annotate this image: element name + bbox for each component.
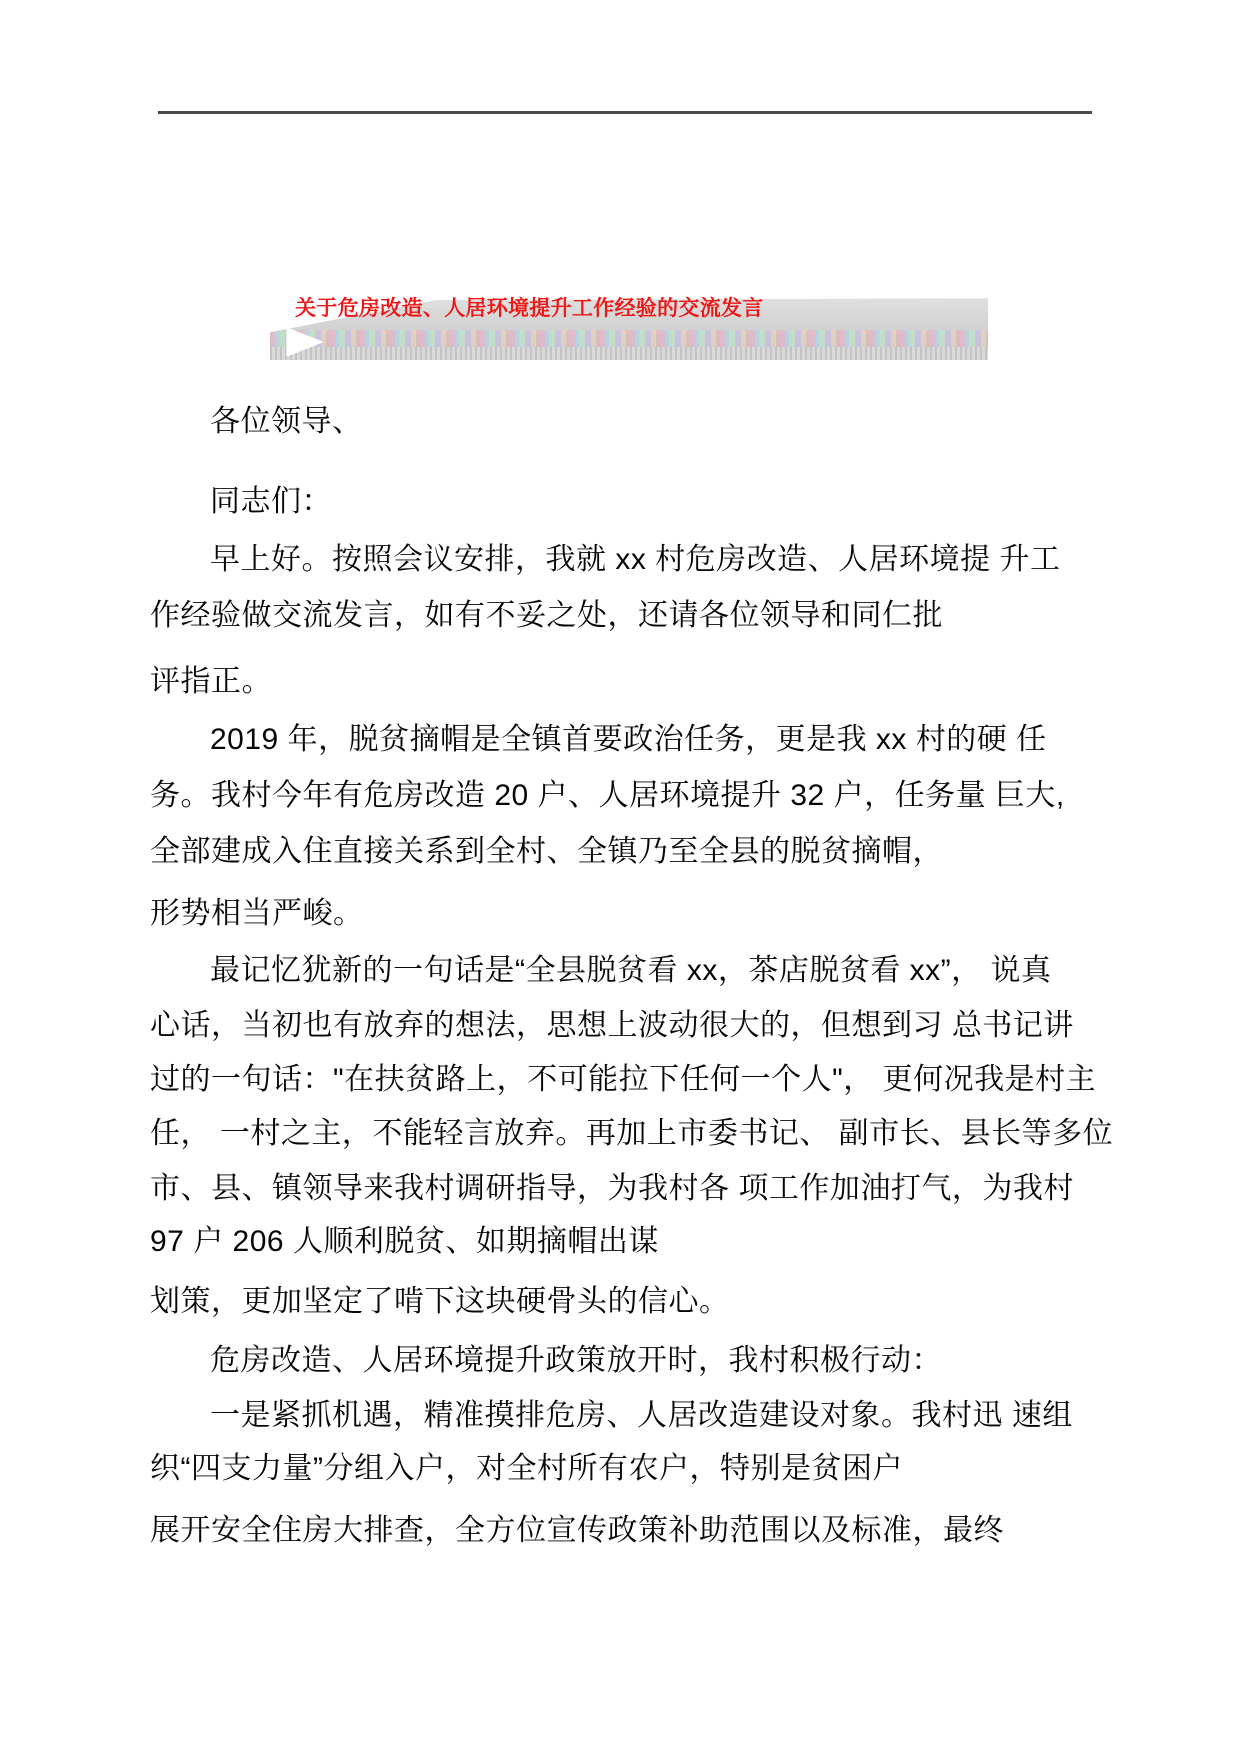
body-line: 2019 年，脱贫摘帽是全镇首要政治任务，更是我 xx 村的硬 任 [150, 722, 1047, 758]
body-line: 务。我村今年有危房改造 20 户、人居环境提升 32 户，任务量 巨大, [150, 778, 1065, 814]
body-line: 心话，当初也有放弃的想法，思想上波动很大的，但想到习 总书记讲 [150, 1008, 1074, 1044]
body-line: 织“四支力量”分组入户，对全村所有农户，特别是贫困户 [150, 1451, 903, 1487]
body-line: 过的一句话："在扶贫路上，不可能拉下任何一个人"， 更何况我是村主 [150, 1062, 1096, 1098]
body-line: 展开安全住房大排查，全方位宣传政策补助范围以及标准，最终 [150, 1513, 1004, 1549]
banner-gray-stripes [270, 347, 988, 360]
body-line: 早上好。按照会议安排，我就 xx 村危房改造、人居环境提 升工 [150, 542, 1061, 578]
body-line: 全部建成入住直接关系到全村、全镇乃至全县的脱贫摘帽， [150, 834, 943, 870]
body-line: 危房改造、人居环境提升政策放开时，我村积极行动： [150, 1343, 942, 1379]
body-line: 评指正。 [150, 664, 272, 700]
body-line: 作经验做交流发言，如有不妥之处，还请各位领导和同仁批 [150, 598, 943, 634]
document-page: 关于危房改造、人居环境提升工作经验的交流发言 各位领导、 同志们： 早上好。按照… [0, 0, 1240, 1754]
banner-noise-stripes [270, 330, 988, 347]
body-line: 一是紧抓机遇，精准摸排危房、人居改造建设对象。我村迅 速组 [150, 1398, 1073, 1434]
body-line: 各位领导、 [150, 404, 363, 440]
body-line: 划策，更加坚定了啃下这块硬骨头的信心。 [150, 1284, 730, 1320]
body-line: 任， 一村之主，不能轻言放弃。再加上市委书记、 副市长、县长等多位 [150, 1116, 1113, 1152]
document-title: 关于危房改造、人居环境提升工作经验的交流发言 [295, 295, 764, 323]
body-line: 市、县、镇领导来我村调研指导，为我村各 项工作加油打气，为我村 [150, 1171, 1074, 1207]
body-line: 同志们： [150, 484, 332, 520]
header-rule [158, 111, 1092, 114]
body-line: 形势相当严峻。 [150, 896, 364, 932]
body-line: 最记忆犹新的一句话是“全县脱贫看 xx，茶店脱贫看 xx”， 说真 [150, 953, 1052, 989]
body-line: 97 户 206 人顺利脱贫、如期摘帽出谋 [150, 1224, 659, 1260]
